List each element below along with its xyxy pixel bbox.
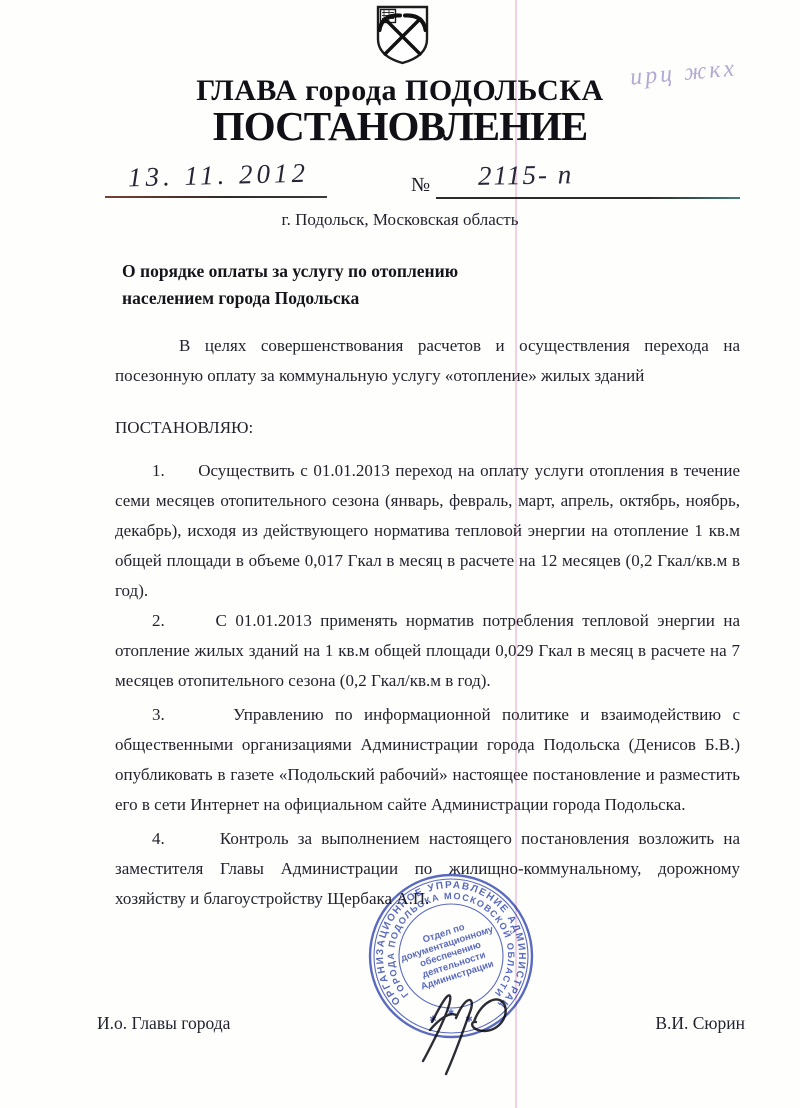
podolsk-coat-of-arms-icon <box>369 3 435 72</box>
document-body: В целях совершенствования расчетов и осу… <box>115 331 740 914</box>
date-underline <box>105 196 327 198</box>
document-type-title: ПОСТАНОВЛЕНИЕ <box>0 102 800 150</box>
intro-paragraph: В целях совершенствования расчетов и осу… <box>115 331 740 391</box>
signature-row: И.о. Главы города В.И. Сюрин <box>97 1013 745 1034</box>
subject-line-1: О порядке оплаты за услугу по отоплению <box>122 258 602 285</box>
handwritten-doc-number: 2115- п <box>478 159 574 192</box>
handwritten-date: 13. 11. 2012 <box>128 158 310 194</box>
number-underline <box>436 197 740 199</box>
point-3: 3. Управлению по информационной политике… <box>115 700 740 820</box>
point-1: 1. Осуществить с 01.01.2013 переход на о… <box>115 456 740 606</box>
number-sign-label: № <box>411 174 430 197</box>
place-line: г. Подольск, Московская область <box>0 210 800 230</box>
point-2: 2. С 01.01.2013 применять норматив потре… <box>115 606 740 696</box>
signatory-role: И.о. Главы города <box>97 1013 230 1034</box>
subject-heading: О порядке оплаты за услугу по отоплению … <box>122 258 602 312</box>
signatory-name: В.И. Сюрин <box>655 1013 745 1034</box>
resolve-word: ПОСТАНОВЛЯЮ: <box>115 413 740 443</box>
subject-line-2: населением города Подольска <box>122 285 602 312</box>
document-page: ирц жкх ГЛАВА города ПОДОЛЬСКА ПОСТАНОВЛ… <box>0 0 800 1108</box>
